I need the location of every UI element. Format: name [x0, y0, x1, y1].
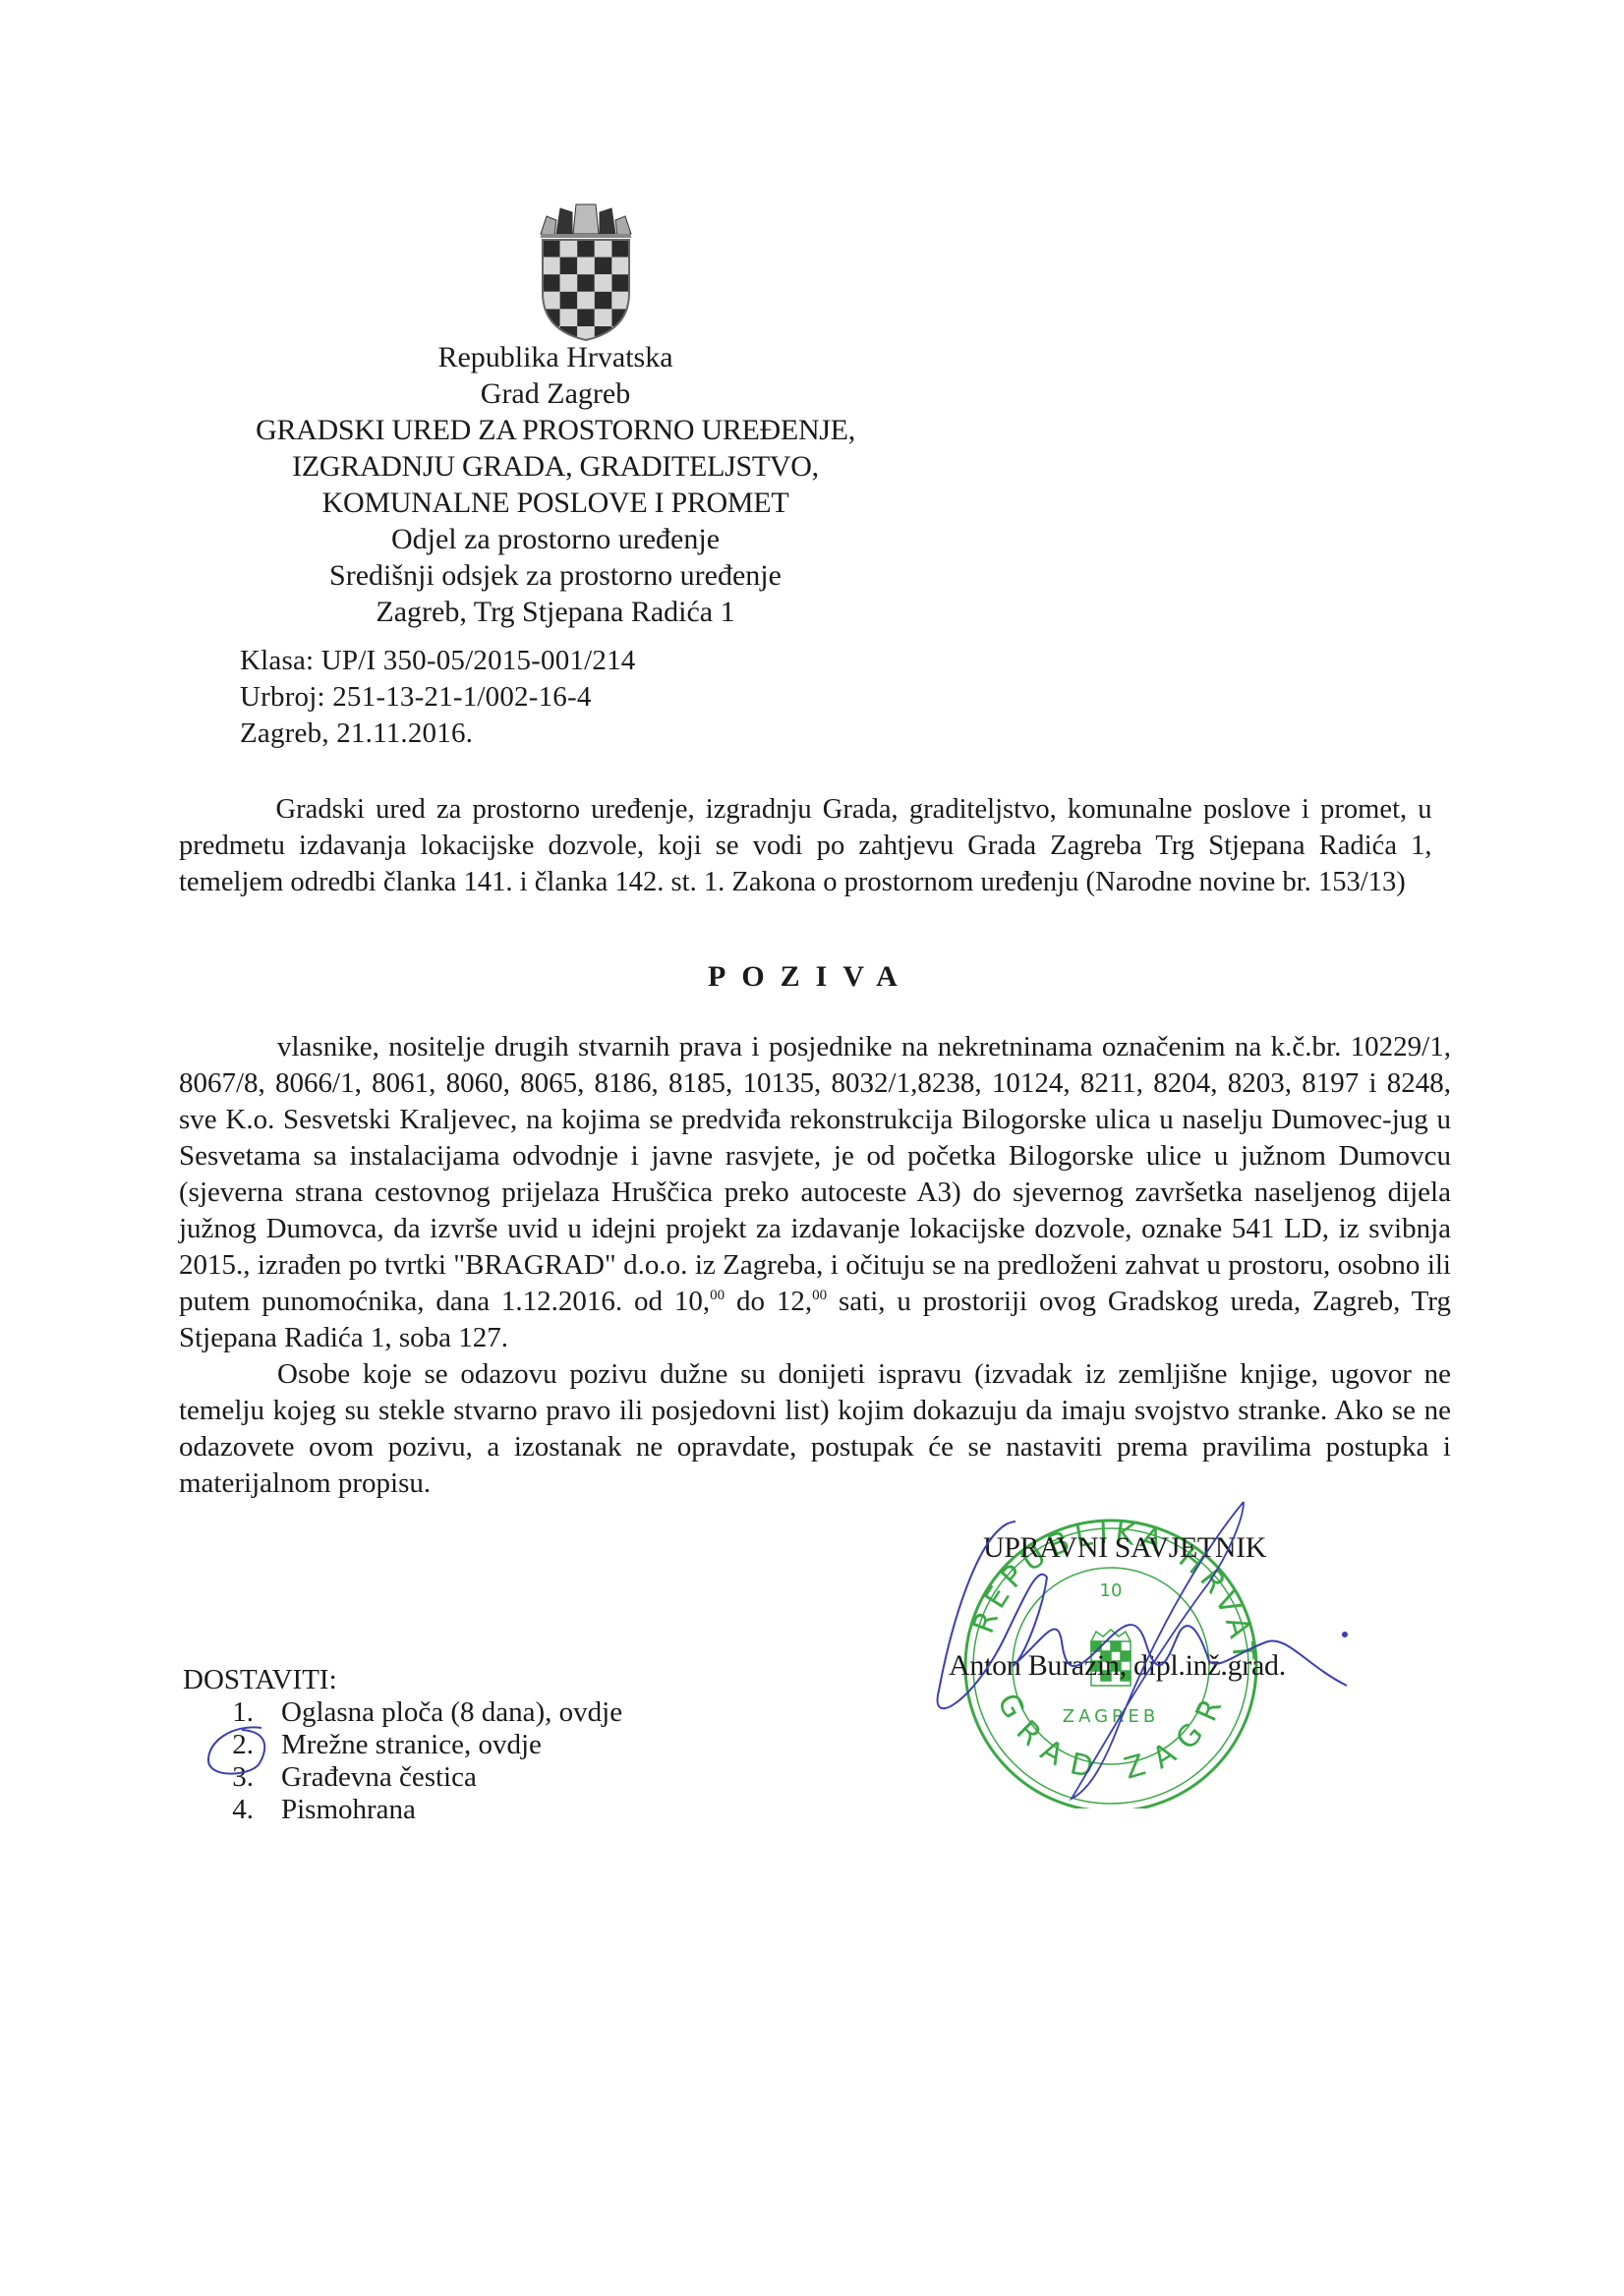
- office-address: Zagreb, Trg Stjepana Radića 1: [246, 594, 865, 630]
- time-to: 12,: [777, 1286, 812, 1317]
- klasa-number: Klasa: UP/I 350-05/2015-001/214: [240, 643, 636, 679]
- signatory-name: Anton Burazin, dipl.inž.grad.: [949, 1649, 1286, 1683]
- time-to-minutes: 00: [812, 1288, 827, 1303]
- svg-text:ZAGREB: ZAGREB: [1063, 1706, 1160, 1727]
- country-name: Republika Hrvatska: [246, 339, 865, 375]
- invitation-paragraph: vlasnike, nositelje drugih stvarnih prav…: [179, 1029, 1451, 1356]
- distribution-items: 1.Oglasna ploča (8 dana), ovdje2.Mrežne …: [183, 1696, 622, 1826]
- office-name-line-3: KOMUNALNE POSLOVE I PROMET: [246, 485, 865, 521]
- distribution-item: 1.Oglasna ploča (8 dana), ovdje: [183, 1696, 622, 1729]
- croatian-coat-of-arms-icon: [527, 195, 645, 342]
- time-from: 10,: [674, 1286, 710, 1317]
- office-name-line-2: IZGRADNJU GRADA, GRADITELJSTVO,: [246, 448, 865, 485]
- document-title: POZIVA: [590, 960, 983, 994]
- distribution-item-label: Oglasna ploča (8 dana), ovdje: [281, 1696, 622, 1729]
- distribution-item-label: Pismohrana: [281, 1794, 416, 1826]
- distribution-item-label: Mrežne stranice, ovdje: [281, 1729, 542, 1761]
- city-name: Grad Zagreb: [246, 375, 865, 412]
- distribution-item: 3.Građevna čestica: [183, 1761, 622, 1794]
- distribution-item: 4.Pismohrana: [183, 1794, 622, 1826]
- letterhead: Republika Hrvatska Grad Zagreb GRADSKI U…: [246, 339, 865, 630]
- distribution-heading: DOSTAVITI:: [183, 1664, 622, 1696]
- distribution-item-number: 4.: [183, 1794, 281, 1826]
- invitation-text: vlasnike, nositelje drugih stvarnih prav…: [179, 1031, 1451, 1317]
- intro-paragraph: Gradski ured za prostorno uređenje, izgr…: [179, 791, 1432, 900]
- signature-block: REPUBLIKA HRVATSKA GRAD ZAGREB 10 ZAGREB…: [914, 1494, 1366, 1808]
- intro-text: Gradski ured za prostorno uređenje, izgr…: [179, 791, 1432, 900]
- office-name-line-1: GRADSKI URED ZA PROSTORNO UREĐENJE,: [246, 412, 865, 448]
- distribution-item: 2.Mrežne stranice, ovdje: [183, 1729, 622, 1761]
- signatory-title: UPRAVNI SAVJETNIK: [983, 1531, 1266, 1565]
- distribution-item-number: 3.: [183, 1761, 281, 1794]
- time-from-minutes: 00: [710, 1288, 725, 1303]
- urbroj-number: Urbroj: 251-13-21-1/002-16-4: [240, 679, 636, 716]
- distribution-item-label: Građevna čestica: [281, 1761, 477, 1794]
- document-reference: Klasa: UP/I 350-05/2015-001/214 Urbroj: …: [240, 643, 636, 752]
- time-separator: do: [725, 1286, 777, 1317]
- distribution-item-number: 1.: [183, 1696, 281, 1729]
- obligations-paragraph: Osobe koje se odazovu pozivu dužne su do…: [179, 1356, 1451, 1502]
- distribution-list: DOSTAVITI: 1.Oglasna ploča (8 dana), ovd…: [183, 1664, 622, 1826]
- document-date: Zagreb, 21.11.2016.: [240, 716, 636, 752]
- distribution-item-number: 2.: [183, 1729, 281, 1761]
- svg-text:REPUBLIKA HRVATSKA: REPUBLIKA HRVATSKA: [914, 1494, 1260, 1668]
- section-name: Središnji odsjek za prostorno uređenje: [246, 557, 865, 594]
- svg-text:10: 10: [1100, 1580, 1123, 1601]
- department-name: Odjel za prostorno uređenje: [246, 521, 865, 557]
- main-body: vlasnike, nositelje drugih stvarnih prav…: [179, 1029, 1451, 1502]
